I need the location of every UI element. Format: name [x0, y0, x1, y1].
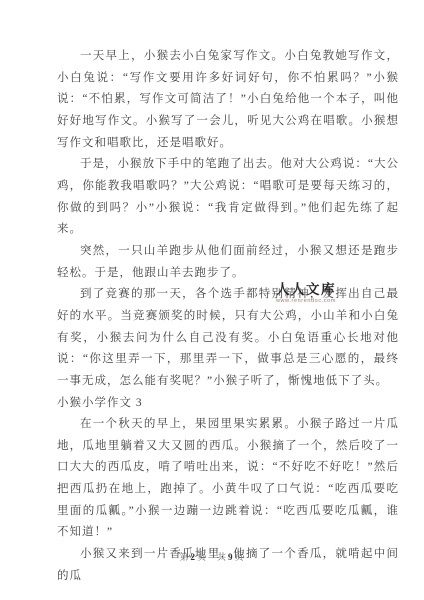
paragraph: 突然，一只山羊跑步从他们面前经过，小猴又想还是跑步轻松。于是，他跟山羊去跑步了。 [57, 241, 399, 284]
page-label-suffix: 页 [197, 552, 207, 562]
paragraph: 到了竞赛的那一天，各个选手都特别精神，发挥出自己最好的水平。当竞赛颁奖的时候，只… [57, 284, 399, 392]
essay-heading: 小猴小学作文 3 [57, 393, 399, 415]
total-pages-number: 9 [227, 552, 235, 562]
paragraph: 在一个秋天的早上，果园里果实累累。小猴子路过一片瓜地，瓜地里躺着又大又圆的西瓜。… [57, 414, 399, 544]
document-page: 一天早上，小猴去小白兔家写作文。小白兔教她写作文，小白兔说：“写作文要用许多好词… [0, 0, 424, 600]
total-label-prefix: 共 [217, 552, 227, 562]
current-page-number: 2 [189, 552, 197, 562]
page-footer: 第2页共9页 [0, 550, 424, 563]
page-label-prefix: 第 [179, 552, 189, 562]
paragraph: 于是，小猴放下手中的笔跑了出去。他对大公鸡说：“大公鸡，你能教我唱歌吗？”大公鸡… [57, 154, 399, 241]
document-body: 一天早上，小猴去小白兔家写作文。小白兔教她写作文，小白兔说：“写作文要用许多好词… [57, 46, 399, 587]
total-label-suffix: 页 [235, 552, 245, 562]
paragraph: 一天早上，小猴去小白兔家写作文。小白兔教她写作文，小白兔说：“写作文要用许多好词… [57, 46, 399, 154]
